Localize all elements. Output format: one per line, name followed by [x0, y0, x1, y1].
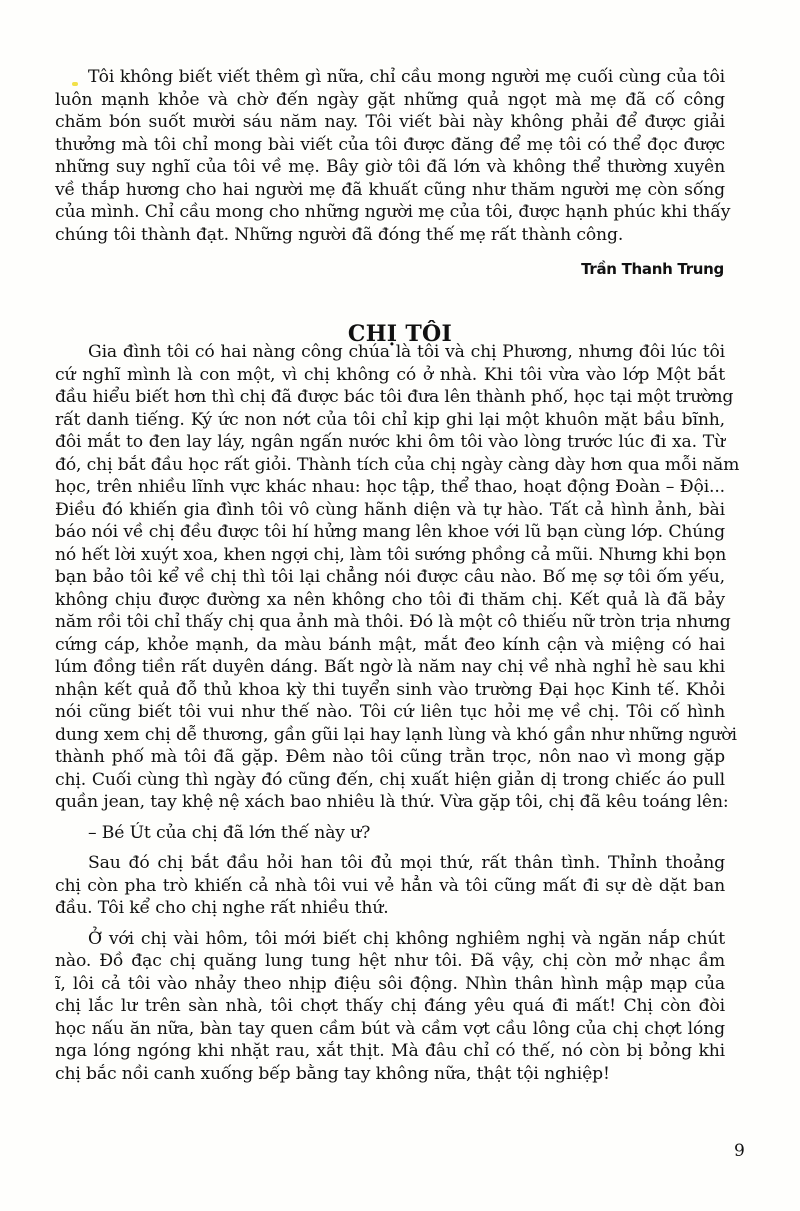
story-paragraph-4: Ở với chị vài hôm, tôi mới biết chị khôn… — [55, 928, 725, 1086]
story-body: Gia đình tôi có hai nàng công chúa là tô… — [55, 341, 725, 1093]
text-line: chúng tôi thành đạt. Những người đã đóng… — [55, 224, 725, 247]
text-line: chị lắc lư trên sàn nhà, tôi chợt thấy c… — [55, 995, 725, 1018]
text-line: thành phố mà tôi đã gặp. Đêm nào tôi cũn… — [55, 746, 725, 769]
intro-paragraph: Tôi không biết viết thêm gì nữa, chỉ cầu… — [55, 66, 725, 246]
text-line: cứng cáp, khỏe mạnh, da màu bánh mật, mắ… — [55, 634, 725, 657]
text-line: nó hết lời xuýt xoa, khen ngợi chị, làm … — [55, 544, 725, 567]
text-line: quần jean, tay khệ nệ xách bao nhiêu là … — [55, 791, 725, 814]
text-line: chăm bón suốt mười sáu năm nay. Tôi viết… — [55, 111, 725, 134]
text-line: đôi mắt to đen lay láy, ngân ngấn nước k… — [55, 431, 725, 454]
text-line: chị. Cuối cùng thì ngày đó cũng đến, chị… — [55, 769, 725, 792]
text-line: học, trên nhiều lĩnh vực khác nhau: học … — [55, 476, 725, 499]
text-line: Sau đó chị bắt đầu hỏi han tôi đủ mọi th… — [55, 852, 725, 875]
text-line: Điều đó khiến gia đình tôi vô cùng hãnh … — [55, 499, 725, 522]
text-line: về thắp hương cho hai người mẹ đã khuất … — [55, 179, 725, 202]
text-line: những suy nghĩ của tôi về mẹ. Bây giờ tô… — [55, 156, 725, 179]
text-line: đó, chị bắt đầu học rất giỏi. Thành tích… — [55, 454, 725, 477]
text-line: Gia đình tôi có hai nàng công chúa là tô… — [55, 341, 725, 364]
text-line: ĩ, lôi cả tôi vào nhảy theo nhịp điệu sô… — [55, 973, 725, 996]
text-line: thưởng mà tôi chỉ mong bài viết của tôi … — [55, 134, 725, 157]
text-line: nào. Đồ đạc chị quăng lung tung hệt như … — [55, 950, 725, 973]
book-page: Tôi không biết viết thêm gì nữa, chỉ cầu… — [0, 0, 800, 1211]
text-line: nga lóng ngóng khi nhặt rau, xắt thịt. M… — [55, 1040, 725, 1063]
text-line: chị còn pha trò khiến cả nhà tôi vui vẻ … — [55, 875, 725, 898]
text-line: nói cũng biết tôi vui như thế nào. Tôi c… — [55, 701, 725, 724]
text-line: đầu. Tôi kể cho chị nghe rất nhiều thứ. — [55, 897, 725, 920]
page-number: 9 — [734, 1141, 745, 1161]
text-line: dung xem chị dễ thương, gần gũi lại hay … — [55, 724, 725, 747]
dialogue-line: – Bé Út của chị đã lớn thế này ư? — [55, 822, 725, 845]
text-line: luôn mạnh khỏe và chờ đến ngày gặt những… — [55, 89, 725, 112]
text-line: – Bé Út của chị đã lớn thế này ư? — [55, 822, 725, 845]
text-line: bạn bảo tôi kể về chị thì tôi lại chẳng … — [55, 566, 725, 589]
text-line: nhận kết quả đỗ thủ khoa kỳ thi tuyển si… — [55, 679, 725, 702]
text-line: học nấu ăn nữa, bàn tay quen cầm bút và … — [55, 1018, 725, 1041]
story-paragraph-3: Sau đó chị bắt đầu hỏi han tôi đủ mọi th… — [55, 852, 725, 920]
text-line: đầu hiểu biết hơn thì chị đã được bác tô… — [55, 386, 725, 409]
story-paragraph-1: Gia đình tôi có hai nàng công chúa là tô… — [55, 341, 725, 814]
text-line: Ở với chị vài hôm, tôi mới biết chị khôn… — [55, 928, 725, 951]
author-signature: Trần Thanh Trung — [581, 260, 724, 278]
text-line: cứ nghĩ mình là con một, vì chị không có… — [55, 364, 725, 387]
text-line: của mình. Chỉ cầu mong cho những người m… — [55, 201, 725, 224]
text-line: lúm đồng tiền rất duyên dáng. Bất ngờ là… — [55, 656, 725, 679]
text-line: rất danh tiếng. Ký ức non nớt của tôi ch… — [55, 409, 725, 432]
text-line: báo nói về chị đều được tôi hí hửng mang… — [55, 521, 725, 544]
text-line: Tôi không biết viết thêm gì nữa, chỉ cầu… — [55, 66, 725, 89]
text-line: chị bắc nồi canh xuống bếp bằng tay khôn… — [55, 1063, 725, 1086]
text-line: năm rồi tôi chỉ thấy chị qua ảnh mà thôi… — [55, 611, 725, 634]
text-line: không chịu được đường xa nên không cho t… — [55, 589, 725, 612]
